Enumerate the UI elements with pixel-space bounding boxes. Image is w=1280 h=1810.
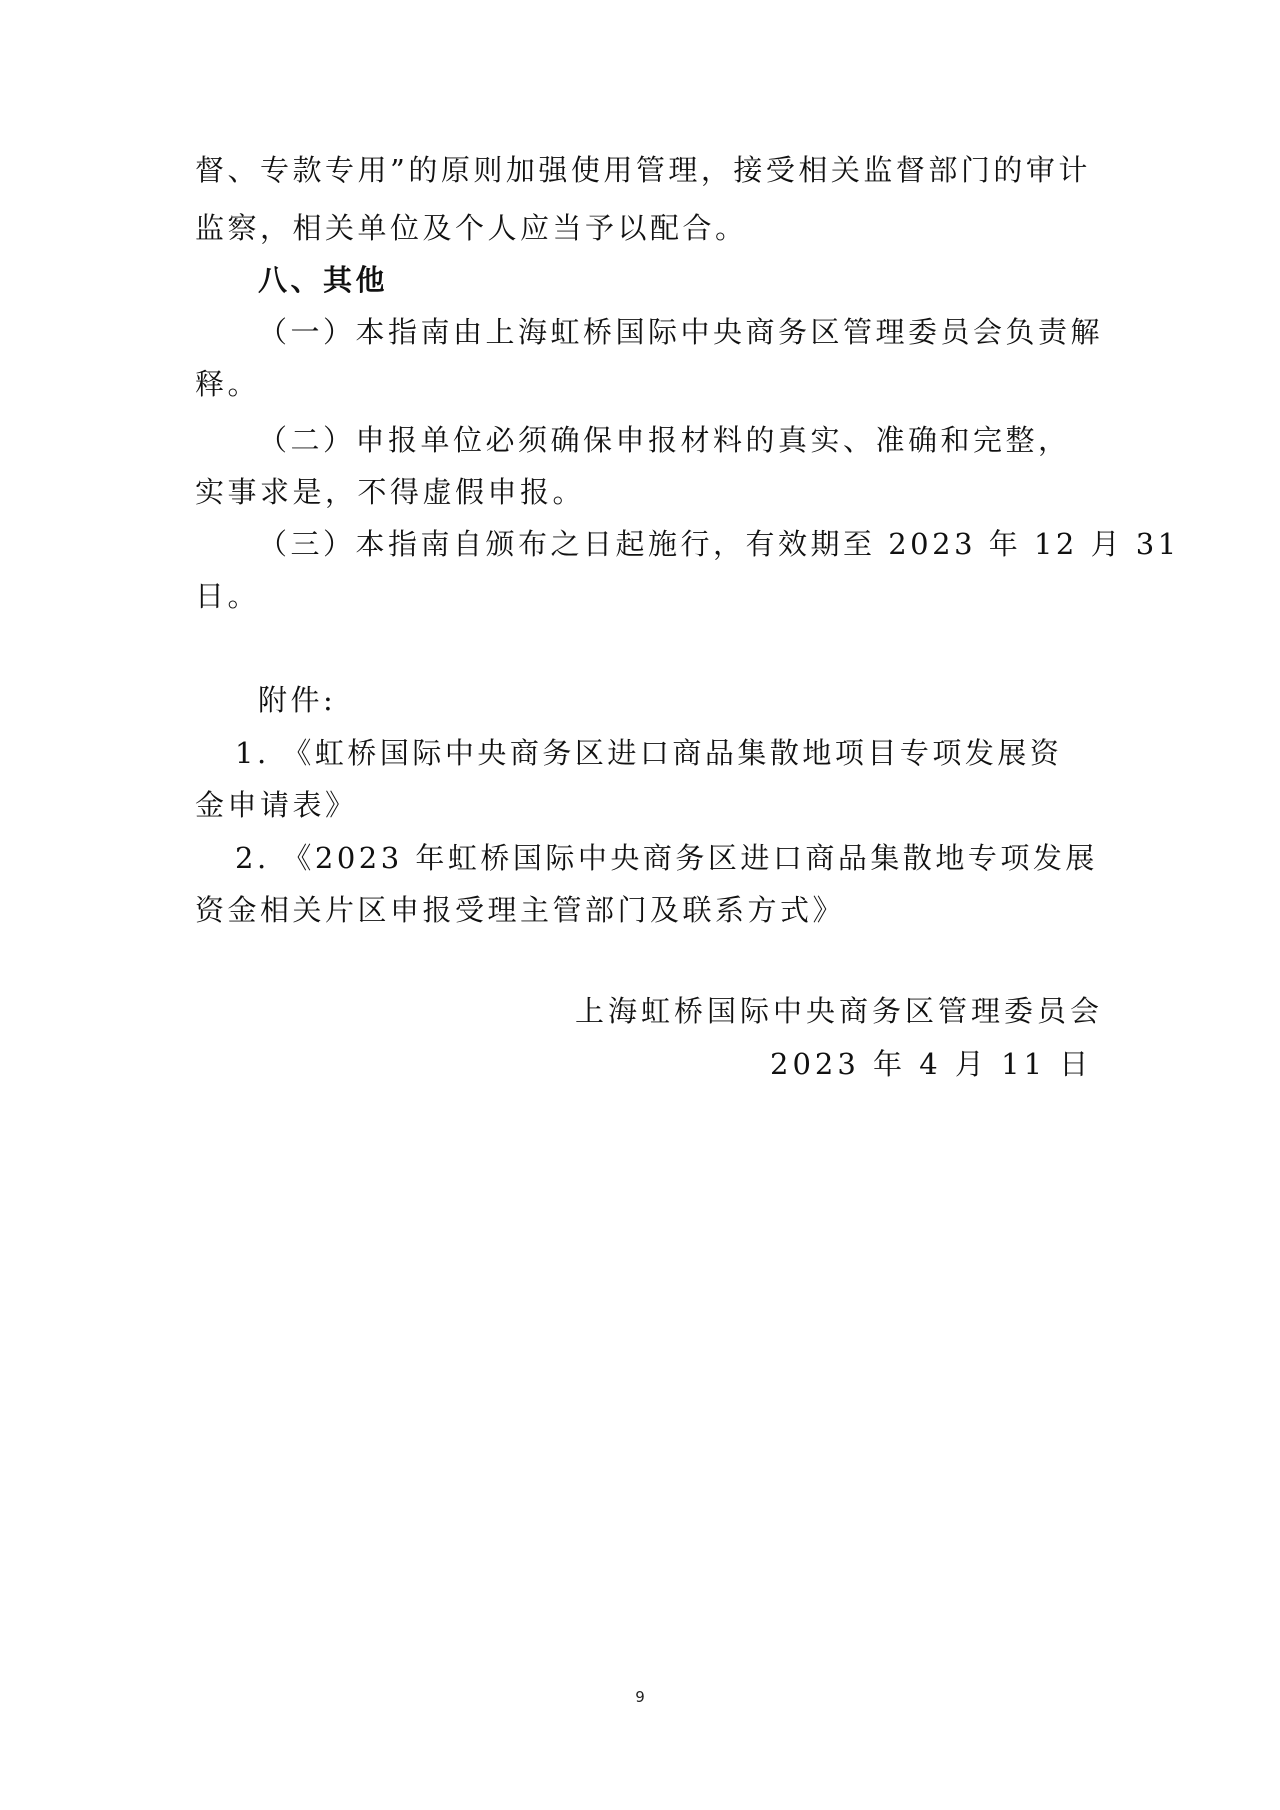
clause-line: 实事求是，不得虚假申报。 <box>195 474 1095 510</box>
signature-date: 2023 年 4 月 11 日 <box>770 1046 1070 1082</box>
clause-line: （一）本指南由上海虹桥国际中央商务区管理委员会负责解 <box>258 314 1158 350</box>
attachment-item-continued: 金申请表》 <box>195 787 1095 823</box>
attachment-item: 1. 《虹桥国际中央商务区进口商品集散地项目专项发展资 <box>235 735 1135 771</box>
attachments-label: 附件: <box>258 682 1158 718</box>
attachment-item: 2. 《2023 年虹桥国际中央商务区进口商品集散地专项发展 <box>235 840 1135 876</box>
section-heading: 八、其他 <box>258 262 1158 298</box>
clause-line: 释。 <box>195 366 1095 402</box>
page-number: 9 <box>0 1688 1280 1706</box>
paragraph-line: 督、专款专用”的原则加强使用管理，接受相关监督部门的审计 <box>195 152 1095 188</box>
attachment-item-continued: 资金相关片区申报受理主管部门及联系方式》 <box>195 892 1095 928</box>
signature-organization: 上海虹桥国际中央商务区管理委员会 <box>575 993 1095 1029</box>
document-page: 督、专款专用”的原则加强使用管理，接受相关监督部门的审计 监察，相关单位及个人应… <box>0 0 1280 1810</box>
clause-line: 日。 <box>195 578 1095 614</box>
clause-line: （三）本指南自颁布之日起施行，有效期至 2023 年 12 月 31 <box>258 526 1158 562</box>
clause-line: （二）申报单位必须确保申报材料的真实、准确和完整， <box>258 422 1158 458</box>
paragraph-line: 监察，相关单位及个人应当予以配合。 <box>195 210 1095 246</box>
